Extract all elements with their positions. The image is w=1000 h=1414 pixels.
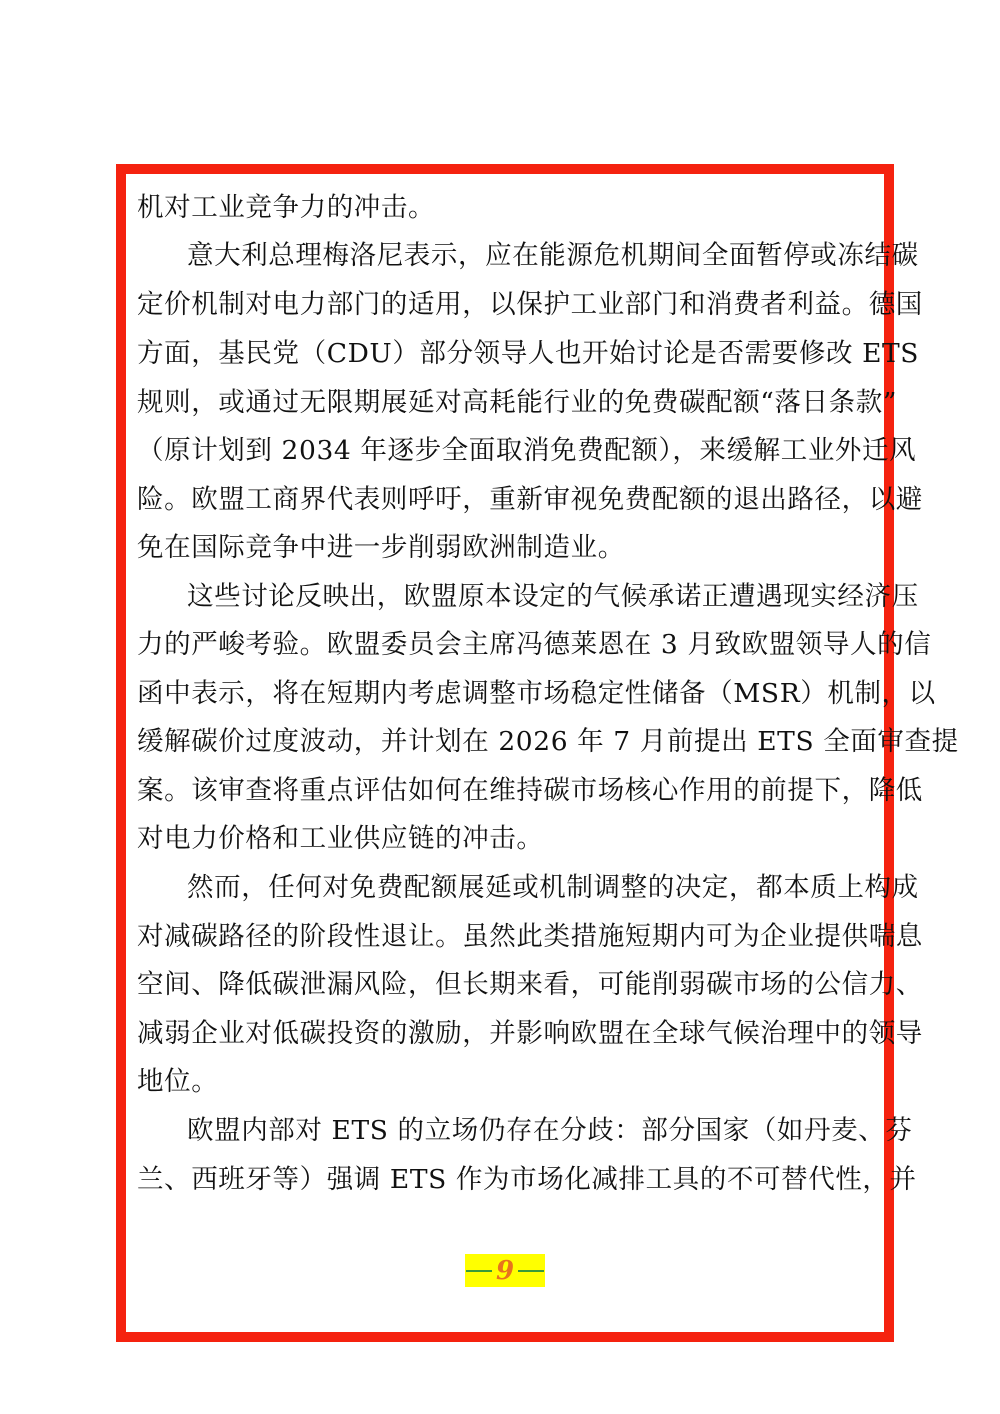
text-line-6: （原计划到 2034 年逐步全面取消免费配额），来缓解工业外迁风: [137, 431, 867, 471]
text-line-3: 定价机制对电力部门的适用，以保护工业部门和消费者利益。德国: [137, 285, 867, 325]
text-line-12: 缓解碳价过度波动，并计划在 2026 年 7 月前提出 ETS 全面审查提: [137, 722, 867, 762]
text-line-5: 规则，或通过无限期展延对高耗能行业的免费碳配额“落日条款”: [137, 383, 867, 423]
text-line-7: 险。欧盟工商界代表则呼吁，重新审视免费配额的退出路径，以避: [137, 480, 867, 520]
text-line-4: 方面，基民党（CDU）部分领导人也开始讨论是否需要修改 ETS: [137, 334, 867, 374]
text-line-19: 地位。: [137, 1062, 867, 1102]
text-line-18: 减弱企业对低碳投资的激励，并影响欧盟在全球气候治理中的领导: [137, 1014, 867, 1054]
dash-right-icon: [518, 1270, 544, 1272]
page-number: 9: [496, 1256, 514, 1286]
text-line-10: 力的严峻考验。欧盟委员会主席冯德莱恩在 3 月致欧盟领导人的信: [137, 625, 867, 665]
text-line-8: 免在国际竞争中进一步削弱欧洲制造业。: [137, 528, 867, 568]
text-line-16: 对减碳路径的阶段性退让。虽然此类措施短期内可为企业提供喘息: [137, 917, 867, 957]
text-line-17: 空间、降低碳泄漏风险，但长期来看，可能削弱碳市场的公信力、: [137, 965, 867, 1005]
text-line-11: 函中表示，将在短期内考虑调整市场稳定性储备（MSR）机制，以: [137, 674, 867, 714]
text-line-2: 意大利总理梅洛尼表示，应在能源危机期间全面暂停或冻结碳: [187, 236, 867, 276]
text-line-13: 案。该审查将重点评估如何在维持碳市场核心作用的前提下，降低: [137, 771, 867, 811]
text-line-21: 兰、西班牙等）强调 ETS 作为市场化减排工具的不可替代性，并: [137, 1160, 867, 1200]
dash-left-icon: [466, 1270, 492, 1272]
text-line-9: 这些讨论反映出，欧盟原本设定的气候承诺正遭遇现实经济压: [187, 577, 867, 617]
text-line-14: 对电力价格和工业供应链的冲击。: [137, 819, 867, 859]
page-number-badge: 9: [465, 1254, 545, 1287]
text-line-15: 然而，任何对免费配额展延或机制调整的决定，都本质上构成: [187, 868, 867, 908]
text-line-20: 欧盟内部对 ETS 的立场仍存在分歧：部分国家（如丹麦、芬: [187, 1111, 867, 1151]
text-line-1: 机对工业竞争力的冲击。: [137, 188, 867, 228]
